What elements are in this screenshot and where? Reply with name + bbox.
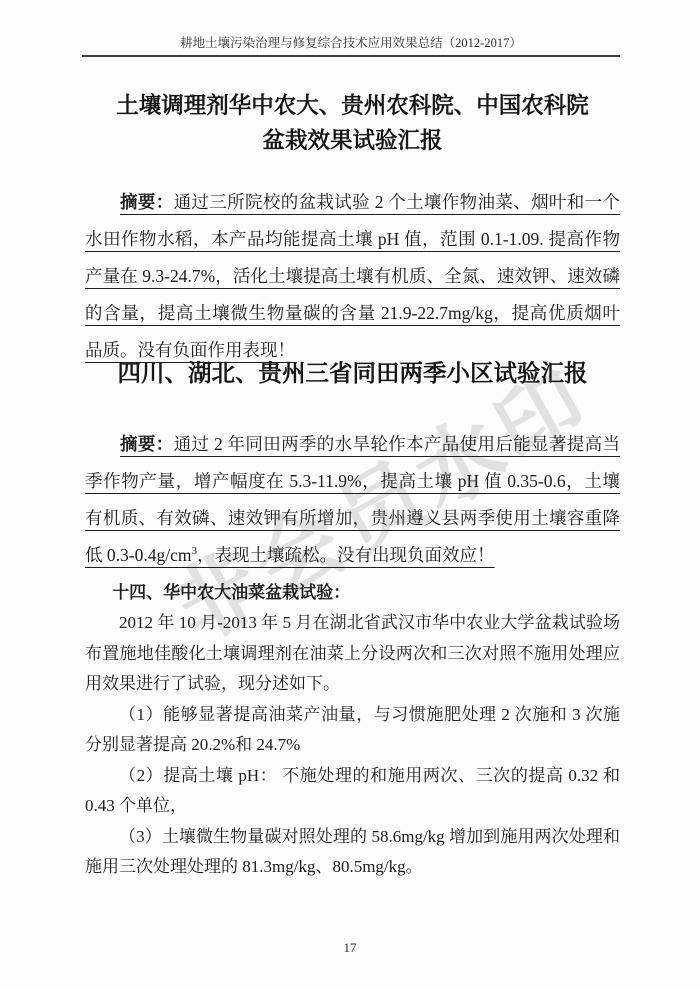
section-body: 十四、华中农大油菜盆栽试验： 2012 年 10 月-2013 年 5 月在湖北… [85, 577, 620, 883]
report1-abstract-label: 摘要： [120, 192, 174, 212]
report1-abstract-text: 通过三所院校的盆栽试验 2 个土壤作物油菜、烟叶和一个水田作物水稻，本产品均能提… [85, 192, 620, 360]
report1-title: 土壤调理剂华中农大、贵州农科院、中国农科院 盆栽效果试验汇报 [85, 88, 620, 158]
section-paragraph-4: （3）土壤微生物量碳对照处理的 58.6mg/kg 增加到施用两次处理和施用三次… [85, 822, 620, 883]
section-paragraph-2: （1）能够显著提高油菜产油量，与习惯施肥处理 2 次施和 3 次施分别显著提高 … [85, 700, 620, 761]
section-paragraph-1: 2012 年 10 月-2013 年 5 月在湖北省武汉市华中农业大学盆栽试验场… [85, 608, 620, 700]
report1-abstract: 摘要：通过三所院校的盆栽试验 2 个土壤作物油菜、烟叶和一个水田作物水稻，本产品… [85, 184, 620, 369]
section-paragraph-3: （2）提高土壤 pH： 不施处理的和施用两次、三次的提高 0.32 和 0.43… [85, 761, 620, 822]
report2-title: 四川、湖北、贵州三省同田两季小区试验汇报 [85, 358, 620, 390]
running-header-text: 耕地土壤污染治理与修复综合技术应用效果总结（2012-2017） [180, 36, 522, 50]
report1-title-line2: 盆栽效果试验汇报 [262, 128, 442, 153]
report2-abstract-text-2: ，表现土壤疏松。没有出现负面效应！ [197, 545, 495, 565]
section-heading: 十四、华中农大油菜盆栽试验： [85, 577, 620, 608]
report2-abstract-label: 摘要： [120, 434, 174, 454]
document-page: 非会员水印 耕地土壤污染治理与修复综合技术应用效果总结（2012-2017） 土… [0, 0, 700, 990]
running-header: 耕地土壤污染治理与修复综合技术应用效果总结（2012-2017） [82, 36, 620, 57]
page-number: 17 [0, 940, 700, 956]
report2-abstract: 摘要：通过 2 年同田两季的水旱轮作本产品使用后能显著提高当季作物产量，增产幅度… [85, 426, 620, 574]
report1-title-line1: 土壤调理剂华中农大、贵州农科院、中国农科院 [116, 93, 589, 118]
